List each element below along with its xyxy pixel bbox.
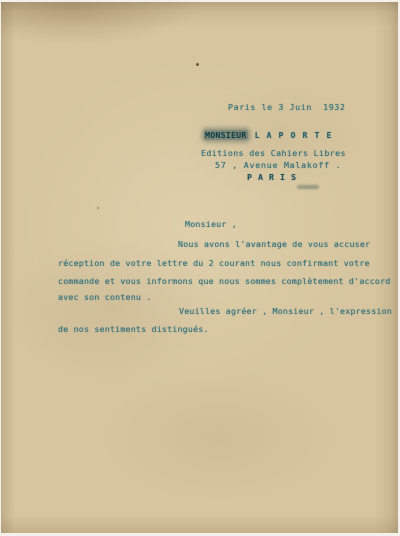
salutation: Monsieur ,	[185, 219, 237, 230]
recipient-name-line: MONSIEURLAPORTE	[204, 130, 339, 141]
recipient-org: Editions des Cahiers Libres	[201, 148, 346, 159]
ink-smudge	[297, 185, 319, 189]
paper-speck	[97, 207, 99, 209]
recipient-city: PARIS	[247, 172, 302, 183]
paper-speck	[196, 63, 199, 66]
letter-scan: Paris le 3 Juin 1932 MONSIEURLAPORTE Edi…	[0, 0, 400, 536]
body-line: Nous avons l'avantage de vous accuser	[178, 239, 370, 250]
recipient-title: MONSIEUR	[204, 130, 248, 140]
closing-line: de nos sentiments distingués.	[58, 324, 209, 335]
closing-line: Veuilles agréer , Monsieur , l'expressio…	[179, 306, 392, 317]
paper-sheet: Paris le 3 Juin 1932 MONSIEURLAPORTE Edi…	[1, 2, 398, 533]
body-line: avec son contenu .	[58, 292, 152, 303]
recipient-name: LAPORTE	[255, 130, 339, 140]
letter-date: Paris le 3 Juin 1932	[228, 102, 346, 113]
body-line: réception de votre lettre du 2 courant n…	[58, 258, 370, 269]
recipient-street: 57 , Avenue Malakoff .	[215, 160, 341, 171]
body-line: commande et vous informons que nous somm…	[58, 276, 391, 287]
